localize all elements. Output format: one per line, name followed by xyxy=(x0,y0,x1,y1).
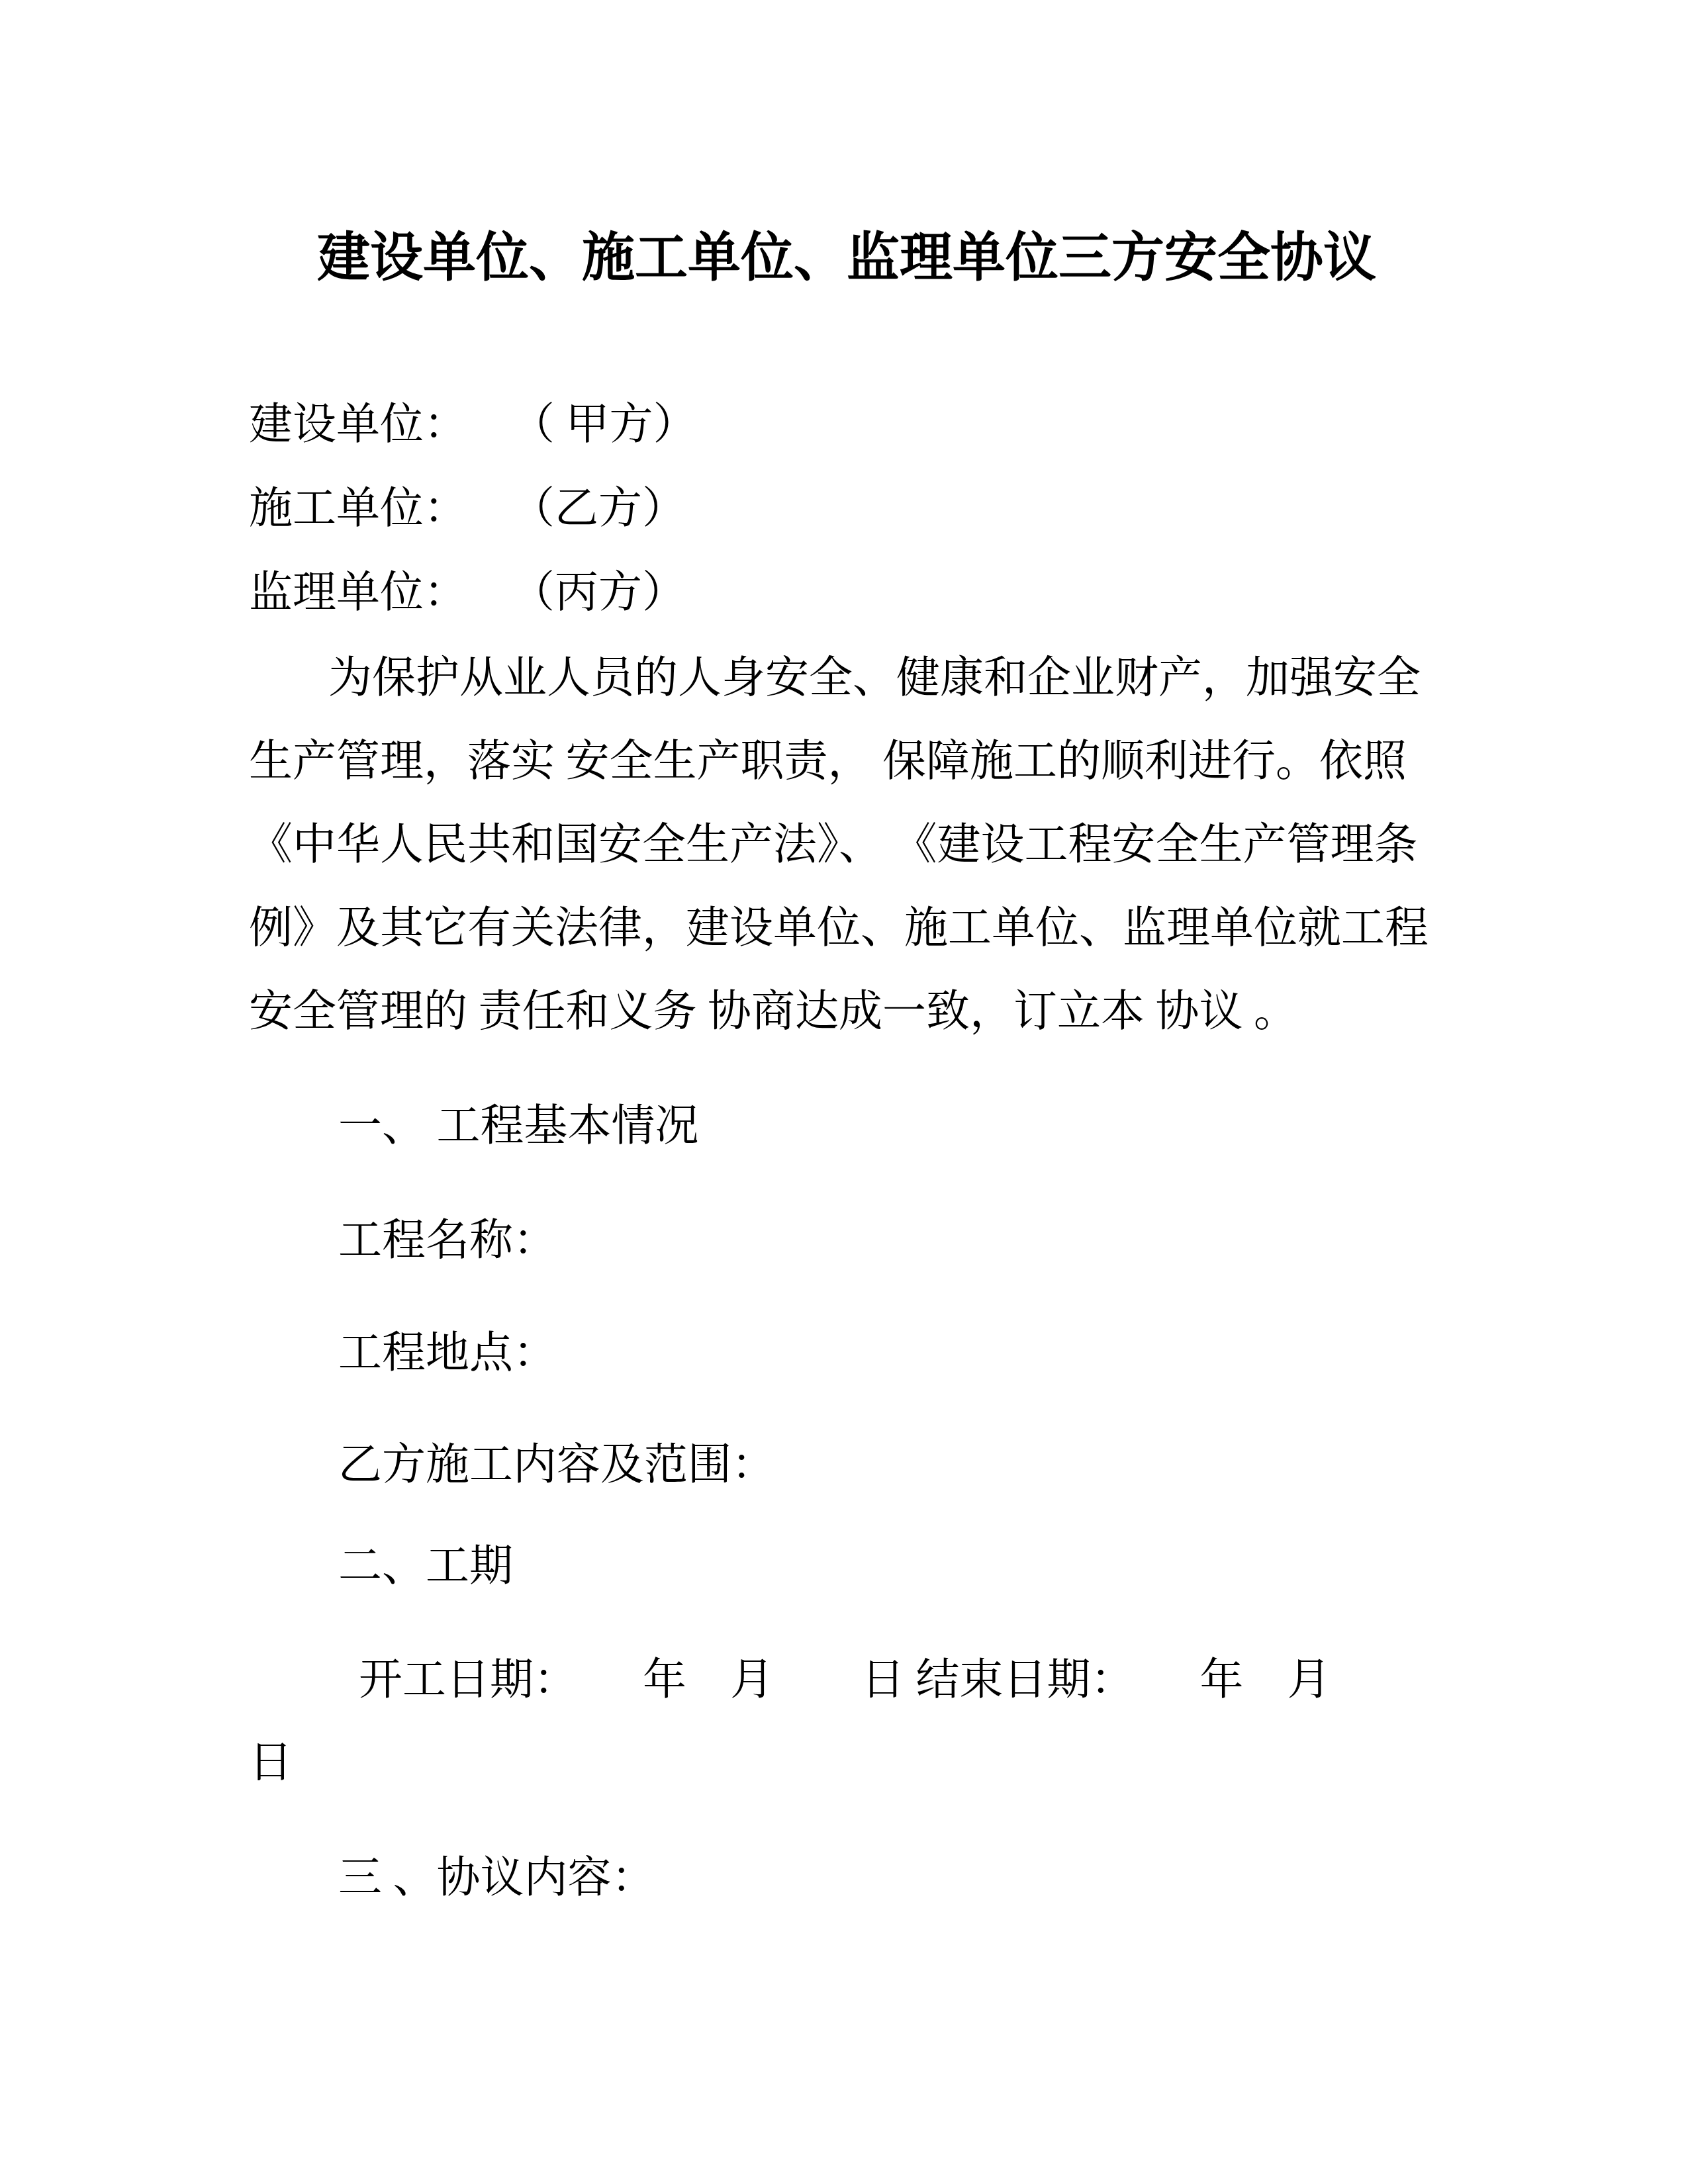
field-construction-scope: 乙方施工内容及范围： xyxy=(249,1424,1534,1507)
intro-line-3: 《中华人民共和国安全生产法》、 《建设工程安全生产管理条 xyxy=(249,803,1444,887)
document-page: 建设单位、施工单位、监理单位三方安全协议 建设单位： （ 甲方） 施工单位： （… xyxy=(0,0,1688,2184)
line-date-wrap-day: 日 xyxy=(249,1721,1444,1805)
intro-line-1: 为保护从业人员的人身安全、健康和企业财产，加强安全 xyxy=(249,637,1444,720)
intro-line-4: 例》及其它有关法律，建设单位、施工单位、监理单位就工程 xyxy=(249,887,1444,970)
party-line-yifang: 施工单位： （乙方） xyxy=(249,467,1444,551)
parties-block: 建设单位： （ 甲方） 施工单位： （乙方） 监理单位： （丙方） xyxy=(249,383,1444,635)
field-project-location: 工程地点： xyxy=(249,1312,1534,1395)
field-project-name: 工程名称： xyxy=(249,1199,1534,1283)
heading-section-1: 一、 工程基本情况 xyxy=(249,1085,1534,1168)
party-line-jiafang: 建设单位： （ 甲方） xyxy=(249,383,1444,467)
party-line-bingfang: 监理单位： （丙方） xyxy=(249,551,1444,635)
intro-line-2: 生产管理，落实 安全生产职责， 保障施工的顺利进行。依照 xyxy=(249,720,1444,803)
heading-section-3: 三 、协议内容： xyxy=(249,1837,1534,1920)
document-title: 建设单位、施工单位、监理单位三方安全协议 xyxy=(249,221,1444,295)
intro-line-5: 安全管理的 责任和义务 协商达成一致，订立本 协议 。 xyxy=(249,970,1444,1054)
line-start-end-dates: 开工日期： 年 月 日 结束日期： 年 月 xyxy=(249,1639,1554,1722)
heading-section-2: 二、工期 xyxy=(249,1525,1534,1608)
intro-paragraph: 为保护从业人员的人身安全、健康和企业财产，加强安全 生产管理，落实 安全生产职责… xyxy=(249,637,1444,1054)
